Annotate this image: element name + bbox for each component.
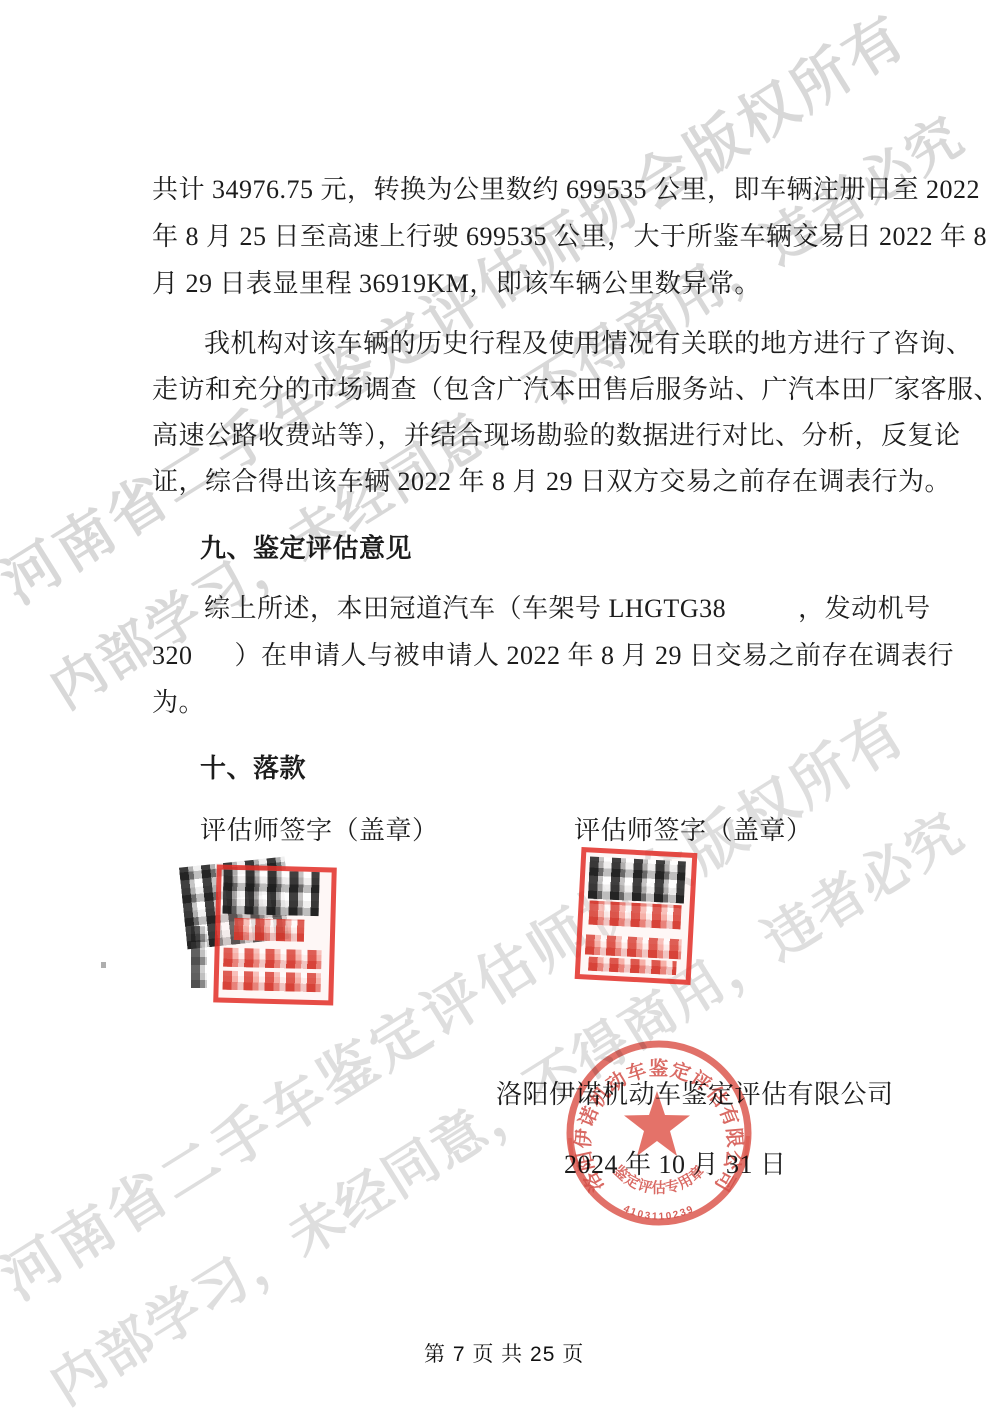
para3-line1-text-b: ，发动机号 (798, 594, 931, 623)
stamp-right-red-row2 (585, 934, 682, 959)
stamp-frame-right (575, 847, 698, 985)
para3-line2: 320）在申请人与被申请人 2022 年 8 月 29 日交易之前存在调表行 (152, 640, 954, 672)
para3-line2-text-a: 320 (152, 641, 193, 670)
svg-text:鉴定评估专用章: 鉴定评估专用章 (610, 1161, 709, 1197)
scan-speck (101, 962, 106, 968)
signer-label-left: 评估师签字（盖章） (200, 815, 439, 847)
para2-line4: 证，综合得出该车辆 2022 年 8 月 29 日双方交易之前存在调表行为。 (152, 466, 951, 498)
stamp-left-red-row2 (223, 948, 321, 970)
seal-bottom-text: 鉴定评估专用章 (610, 1161, 709, 1197)
para1-line2: 年 8 月 25 日至高速上行驶 699535 公里，大于所鉴车辆交易日 202… (152, 221, 987, 253)
signature-stamp-right (578, 850, 698, 986)
stamp-left-red-row3 (223, 971, 321, 993)
signature-stamp-left (183, 856, 338, 1008)
seal-tick-left (570, 1138, 572, 1160)
watermark-band1-line1: 河南省二手车鉴定评估师协会版权所有 (0, 6, 917, 614)
stamp-frame-left (213, 864, 337, 1005)
page-footer: 第 7 页 共 25 页 (424, 1338, 584, 1368)
para3-line3: 为。 (152, 687, 205, 719)
para3-line1: 综上所述，本田冠道汽车（车架号 LHGTG38，发动机号 (204, 593, 931, 625)
para2-line3: 高速公路收费站等），并结合现场勘验的数据进行对比、分析，反复论 (152, 420, 961, 452)
company-seal: 洛阳伊诺机动车鉴定评估有限公司 鉴定评估专用章 4103110239 (546, 1020, 772, 1246)
stamp-right-red-row1 (588, 901, 681, 930)
para3-line2-text-b: ）在申请人与被申请人 2022 年 8 月 29 日交易之前存在调表行 (235, 641, 955, 670)
signer-label-right: 评估师签字（盖章） (574, 815, 813, 847)
para2-line1: 我机构对该车辆的历史行程及使用情况有关联的地方进行了咨询、 (204, 328, 973, 360)
para2-line2: 走访和充分的市场调查（包含广汽本田售后服务站、广汽本田厂家客服、 (152, 374, 1000, 406)
stamp-right-red-row3 (588, 957, 677, 976)
signature-scribble-tail-icon (191, 926, 207, 988)
para3-line1-text-a: 综上所述，本田冠道汽车（车架号 LHGTG38 (204, 594, 726, 623)
seal-tick-right (746, 1136, 748, 1158)
section9-heading: 九、鉴定评估意见 (200, 533, 412, 565)
watermark-band2-line1: 河南省二手车鉴定评估师协会版权所有 (0, 702, 917, 1310)
document-page: 河南省二手车鉴定评估师协会版权所有 内部学习，未经同意，不得商用，违者必究 河南… (0, 0, 1000, 1414)
section10-heading: 十、落款 (200, 753, 306, 785)
seal-star-icon (624, 1091, 690, 1156)
stamp-right-name-row (588, 857, 686, 904)
stamp-left-name-row (223, 870, 320, 916)
para1-line3: 月 29 日表显里程 36919KM，即该车辆公里数异常。 (152, 268, 761, 300)
para1-line1: 共计 34976.75 元，转换为公里数约 699535 公里，即车辆注册日至 … (152, 174, 980, 206)
stamp-left-red-row1 (234, 918, 305, 942)
